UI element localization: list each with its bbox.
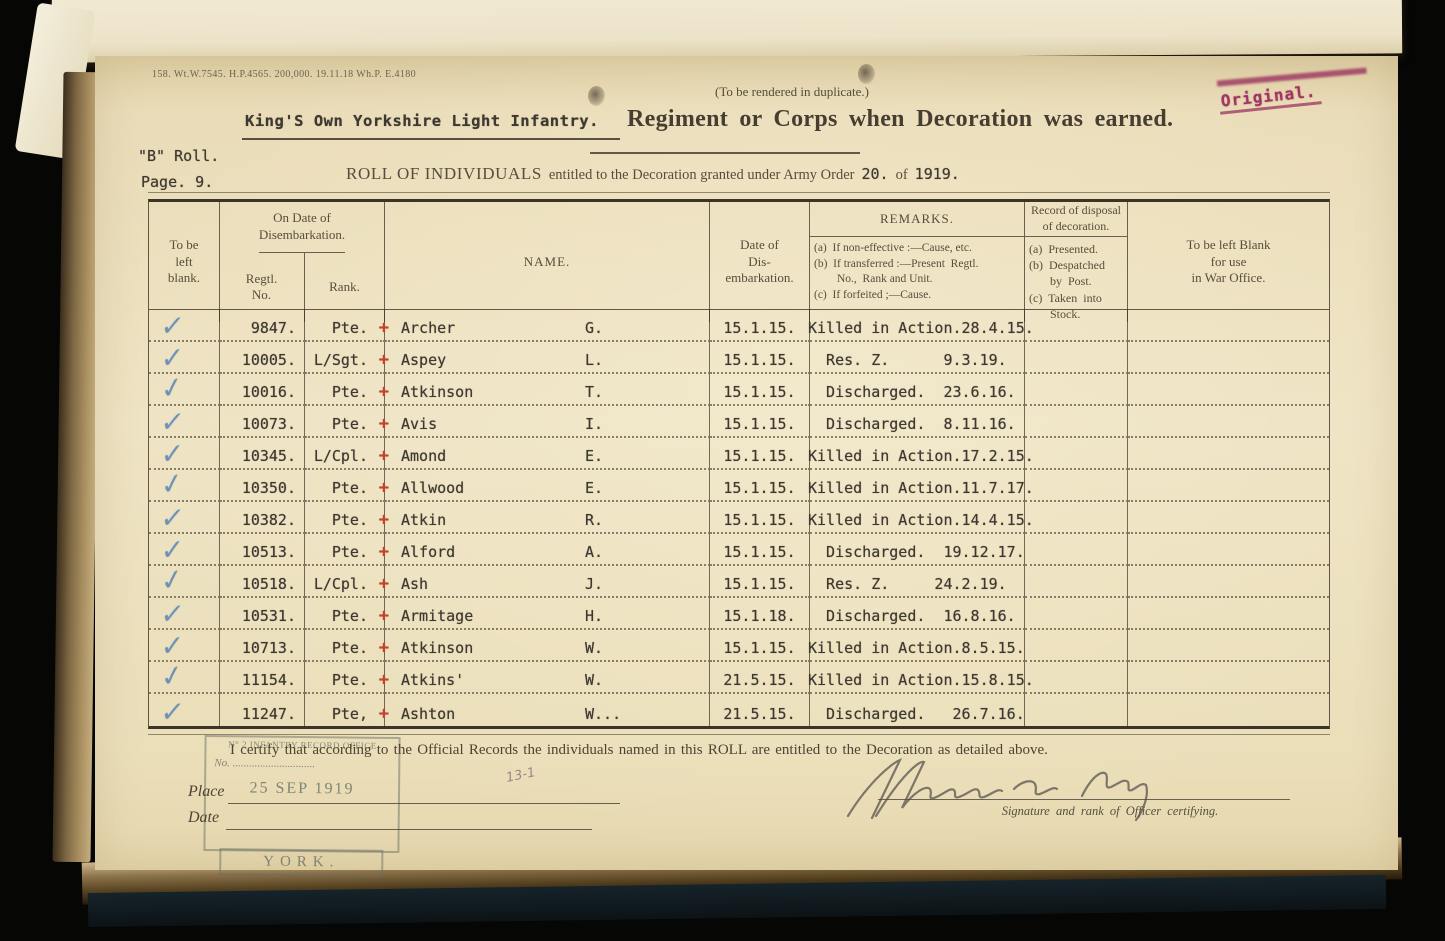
remarks: Discharged. 23.6.16. <box>808 383 1016 401</box>
remarks: Killed in Action.28.4.15. <box>808 319 1034 337</box>
name-cell: AtkinsonT. <box>385 374 710 406</box>
left-blank-cell: ✓ <box>149 662 220 694</box>
regtl-no: 10518. <box>242 575 296 593</box>
war-office-cell <box>1128 470 1329 502</box>
rank-cell: Pte.+ <box>305 502 385 534</box>
date-cell: 15.1.18. <box>710 598 810 630</box>
red-cross-mark: + <box>379 638 389 658</box>
remarks-cell: Res. Z. 9.3.19. <box>810 342 1025 374</box>
remarks-cell: Killed in Action.14.4.15. <box>810 502 1025 534</box>
rank: Pte. <box>332 319 368 337</box>
roll-table: To be left blank. On Date of Disembarkat… <box>148 199 1330 729</box>
rank: Pte. <box>332 511 368 529</box>
war-office-cell <box>1128 630 1329 662</box>
regtl-no-cell: 10016. <box>220 374 305 406</box>
war-office-cell <box>1128 534 1329 566</box>
red-cross-mark: + <box>379 446 389 466</box>
roll-label: "B" Roll. <box>138 147 219 165</box>
name-cell: ArmitageH. <box>385 598 710 630</box>
army-order-year: 1919. <box>915 165 960 183</box>
col-header-remarks-group: REMARKS. (a) If non-effective :—Cause, e… <box>810 202 1025 322</box>
stamp-place: YORK. <box>219 848 383 877</box>
original-stamp: Original. <box>1217 66 1369 111</box>
table-row: ✓ 10531. Pte.+ ArmitageH. 15.1.18. Disch… <box>149 598 1329 630</box>
rank: Pte. <box>332 607 368 625</box>
regtl-no-cell: 10518. <box>220 566 305 598</box>
regtl-no: 10382. <box>242 511 296 529</box>
document-page: 158. Wt.W.7545. H.P.4565. 200,000. 19.11… <box>95 56 1398 870</box>
name-cell: AshJ. <box>385 566 710 598</box>
signature-caption: Signature and rank of Officer certifying… <box>910 804 1310 819</box>
table-row: ✓ 10518. L/Cpl.+ AshJ. 15.1.15. Res. Z. … <box>149 566 1329 598</box>
disposal-cell <box>1025 310 1128 342</box>
disposal-cell <box>1025 694 1128 726</box>
name-cell: AtkinsonW. <box>385 630 710 662</box>
surname: Archer <box>401 319 455 337</box>
war-office-cell <box>1128 374 1329 406</box>
col-header-disposal-group: Record of disposal of decoration. (a) Pr… <box>1025 202 1128 322</box>
date-of-disembarkation: 21.5.15. <box>723 705 795 723</box>
table-row: ✓ 10350. Pte.+ AllwoodE. 15.1.15. Killed… <box>149 470 1329 502</box>
left-blank-cell: ✓ <box>149 342 220 374</box>
table-header: To be left blank. On Date of Disembarkat… <box>149 202 1329 310</box>
left-blank-cell: ✓ <box>149 438 220 470</box>
surname: Atkin <box>401 511 446 529</box>
regtl-no: 9847. <box>251 319 296 337</box>
checkmark-tick: ✓ <box>159 502 186 535</box>
left-blank-cell: ✓ <box>149 630 220 662</box>
roll-of-individuals-line: ROLL OF INDIVIDUALS entitled to the Deco… <box>346 164 960 184</box>
checkmark-tick: ✓ <box>159 658 185 694</box>
col-header-date-disembarkation: Date of Dis- embarkation. <box>710 202 810 322</box>
table-row: ✓ 10005. L/Sgt.+ AspeyL. 15.1.15. Res. Z… <box>149 342 1329 374</box>
rank-cell: L/Sgt.+ <box>305 342 385 374</box>
surname: Atkinson <box>401 639 473 657</box>
surname: Aspey <box>401 351 446 369</box>
regtl-no-cell: 9847. <box>220 310 305 342</box>
regtl-no-cell: 10073. <box>220 406 305 438</box>
remarks: Discharged. 16.8.16. <box>808 607 1016 625</box>
rank-cell: Pte.+ <box>305 662 385 694</box>
surname: Atkins' <box>401 671 464 689</box>
rank-cell: Pte.+ <box>305 630 385 662</box>
initial: E. <box>585 479 603 497</box>
rank: Pte. <box>332 479 368 497</box>
regiment-name-typed: King'S Own Yorkshire Light Infantry. <box>245 112 599 130</box>
table-row: ✓ 10016. Pte.+ AtkinsonT. 15.1.15. Disch… <box>149 374 1329 406</box>
initial: L. <box>585 351 603 369</box>
pencil-annotation: 13-1 <box>505 765 537 786</box>
date-of-disembarkation: 15.1.15. <box>723 575 795 593</box>
rank-cell: Pte.+ <box>305 406 385 438</box>
disposal-cell <box>1025 342 1128 374</box>
left-blank-cell: ✓ <box>149 502 220 534</box>
date-of-disembarkation: 15.1.18. <box>723 607 795 625</box>
war-office-cell <box>1128 502 1329 534</box>
initial: G. <box>585 319 603 337</box>
disposal-cell <box>1025 438 1128 470</box>
rank-cell: Pte.+ <box>305 374 385 406</box>
rank-cell: Pte.+ <box>305 534 385 566</box>
table-row: ✓ 10382. Pte.+ AtkinR. 15.1.15. Killed i… <box>149 502 1329 534</box>
war-office-cell <box>1128 598 1329 630</box>
remarks: Killed in Action.8.5.15. <box>808 639 1025 657</box>
disposal-cell <box>1025 470 1128 502</box>
disposal-cell <box>1025 598 1128 630</box>
date-cell: 15.1.15. <box>710 470 810 502</box>
rank-cell: Pte.+ <box>305 598 385 630</box>
date-of-disembarkation: 21.5.15. <box>723 671 795 689</box>
regtl-no: 10016. <box>242 383 296 401</box>
date-cell: 21.5.15. <box>710 694 810 726</box>
name-cell: AllwoodE. <box>385 470 710 502</box>
left-blank-cell: ✓ <box>149 374 220 406</box>
war-office-cell <box>1128 310 1329 342</box>
name-cell: AtkinR. <box>385 502 710 534</box>
red-cross-mark: + <box>379 414 389 434</box>
regtl-no-cell: 10350. <box>220 470 305 502</box>
date-blank-line <box>226 829 592 830</box>
regtl-no: 10531. <box>242 607 296 625</box>
date-of-disembarkation: 15.1.15. <box>723 383 795 401</box>
rank: Pte. <box>332 383 368 401</box>
remarks-cell: Killed in Action.8.5.15. <box>810 630 1025 662</box>
remarks-cell: Discharged. 16.8.16. <box>810 598 1025 630</box>
date-cell: 15.1.15. <box>710 310 810 342</box>
signature-line <box>878 799 1290 800</box>
remarks: Discharged. 19.12.17. <box>808 543 1025 561</box>
name-cell: AvisI. <box>385 406 710 438</box>
rank-cell: L/Cpl.+ <box>305 438 385 470</box>
initial: T. <box>585 383 603 401</box>
table-row: ✓ 10513. Pte.+ AlfordA. 15.1.15. Dischar… <box>149 534 1329 566</box>
date-of-disembarkation: 15.1.15. <box>723 447 795 465</box>
red-cross-mark: + <box>379 670 389 690</box>
remarks-cell: Killed in Action.28.4.15. <box>810 310 1025 342</box>
table-row: ✓ 11154. Pte.+ Atkins'W. 21.5.15. Killed… <box>149 662 1329 694</box>
remarks: Discharged. 8.11.16. <box>808 415 1016 433</box>
initial: J. <box>585 575 603 593</box>
initial: I. <box>585 415 603 433</box>
regtl-no-cell: 10713. <box>220 630 305 662</box>
red-cross-mark: + <box>379 704 389 724</box>
name-cell: Atkins'W. <box>385 662 710 694</box>
checkmark-tick: ✓ <box>159 310 186 343</box>
war-office-cell <box>1128 342 1329 374</box>
remarks-cell: Killed in Action.17.2.15. <box>810 438 1025 470</box>
table-row: ✓ 10345. L/Cpl.+ AmondE. 15.1.15. Killed… <box>149 438 1329 470</box>
disposal-cell <box>1025 502 1128 534</box>
remarks-cell: Discharged. 26.7.16. <box>810 694 1025 726</box>
rank: Pte. <box>332 671 368 689</box>
date-cell: 15.1.15. <box>710 374 810 406</box>
surname: Ash <box>401 575 428 593</box>
army-order-number: 20. <box>861 165 888 183</box>
regtl-no-cell: 11154. <box>220 662 305 694</box>
remarks: Killed in Action.17.2.15. <box>808 447 1034 465</box>
photograph-of-record-book: { "colors":{ "paper":"#eee3c3","ink_type… <box>0 0 1445 941</box>
place-label: Place <box>188 783 224 801</box>
date-cell: 21.5.15. <box>710 662 810 694</box>
name-cell: AlfordA. <box>385 534 710 566</box>
col-header-disposal: Record of disposal of decoration. <box>1025 202 1127 237</box>
date-of-disembarkation: 15.1.15. <box>723 543 795 561</box>
regtl-no: 10513. <box>242 543 296 561</box>
left-blank-cell: ✓ <box>149 470 220 502</box>
name-cell: AspeyL. <box>385 342 710 374</box>
war-office-cell <box>1128 662 1329 694</box>
remarks-cell: Killed in Action.15.8.15. <box>810 662 1025 694</box>
col-header-name: NAME. <box>385 202 710 322</box>
red-cross-mark: + <box>379 510 389 530</box>
rank: Pte, <box>332 705 368 723</box>
surname: Ashton <box>401 705 455 723</box>
red-cross-mark: + <box>379 478 389 498</box>
duplicate-note: (To be rendered in duplicate.) <box>715 84 869 100</box>
surname: Allwood <box>401 479 464 497</box>
date-of-disembarkation: 15.1.15. <box>723 351 795 369</box>
rank-cell: L/Cpl.+ <box>305 566 385 598</box>
checkmark-tick: ✓ <box>159 406 186 439</box>
red-cross-mark: + <box>379 606 389 626</box>
rank: Pte. <box>332 415 368 433</box>
col-header-left-blank: To be left blank. <box>149 202 220 322</box>
regiment-underline <box>242 138 620 140</box>
initial: W. <box>585 671 603 689</box>
regtl-no-cell: 10513. <box>220 534 305 566</box>
name-cell: ArcherG. <box>385 310 710 342</box>
punch-hole <box>858 64 875 84</box>
remarks: Res. Z. 9.3.19. <box>808 351 1007 369</box>
initial: E. <box>585 447 603 465</box>
col-header-remarks: REMARKS. <box>810 202 1024 237</box>
roll-line-caps: ROLL OF INDIVIDUALS <box>346 164 542 184</box>
disposal-cell <box>1025 630 1128 662</box>
page-above-edge <box>52 0 1402 63</box>
disposal-cell <box>1025 374 1128 406</box>
disposal-cell <box>1025 566 1128 598</box>
stamp-date: 25 SEP 1919 <box>206 779 398 799</box>
date-cell: 15.1.15. <box>710 438 810 470</box>
remarks-cell: Discharged. 19.12.17. <box>810 534 1025 566</box>
roll-line-of: of <box>896 167 908 184</box>
date-cell: 15.1.15. <box>710 502 810 534</box>
date-label: Date <box>188 809 219 827</box>
regtl-no-cell: 10005. <box>220 342 305 374</box>
rank: Pte. <box>332 639 368 657</box>
rank-cell: Pte.+ <box>305 470 385 502</box>
surname: Avis <box>401 415 437 433</box>
table-row: ✓ 10073. Pte.+ AvisI. 15.1.15. Discharge… <box>149 406 1329 438</box>
remarks: Discharged. 26.7.16. <box>808 705 1025 723</box>
checkmark-tick: ✓ <box>159 696 186 729</box>
surname: Amond <box>401 447 446 465</box>
date-cell: 15.1.15. <box>710 534 810 566</box>
col-header-on-date: On Date of Disembarkation. <box>259 202 345 253</box>
punch-hole <box>588 86 605 106</box>
initial: R. <box>585 511 603 529</box>
remarks-cell: Discharged. 23.6.16. <box>810 374 1025 406</box>
surname: Atkinson <box>401 383 473 401</box>
left-blank-cell: ✓ <box>149 694 220 726</box>
form-print-code: 158. Wt.W.7545. H.P.4565. 200,000. 19.11… <box>152 69 416 80</box>
date-of-disembarkation: 15.1.15. <box>723 319 795 337</box>
rank: L/Cpl. <box>314 575 368 593</box>
title-rule <box>590 152 860 154</box>
col-header-war-office: To be left Blank for use in War Office. <box>1128 202 1329 322</box>
regtl-no: 10713. <box>242 639 296 657</box>
checkmark-tick: ✓ <box>159 562 185 598</box>
war-office-cell <box>1128 406 1329 438</box>
left-blank-cell: ✓ <box>149 310 220 342</box>
regtl-no-cell: 10382. <box>220 502 305 534</box>
left-blank-cell: ✓ <box>149 566 220 598</box>
table-row: ✓ 9847. Pte.+ ArcherG. 15.1.15. Killed i… <box>149 310 1329 342</box>
regtl-no-cell: 10531. <box>220 598 305 630</box>
col-header-on-date-group: On Date of Disembarkation. Regtl. No. Ra… <box>220 202 385 322</box>
table-bottom-thin-rule <box>148 734 1330 735</box>
remarks-cell: Res. Z. 24.2.19. <box>810 566 1025 598</box>
remarks: Killed in Action.15.8.15. <box>808 671 1034 689</box>
disposal-cell <box>1025 534 1128 566</box>
date-of-disembarkation: 15.1.15. <box>723 639 795 657</box>
checkmark-tick: ✓ <box>159 598 186 631</box>
rank-cell: Pte.+ <box>305 310 385 342</box>
disposal-cell <box>1025 662 1128 694</box>
table-row: ✓ 11247. Pte,+ AshtonW... 21.5.15. Disch… <box>149 694 1329 726</box>
initial: H. <box>585 607 603 625</box>
red-cross-mark: + <box>379 542 389 562</box>
remarks-cell: Killed in Action.11.7.17. <box>810 470 1025 502</box>
form-title: Regiment or Corps when Decoration was ea… <box>627 106 1173 133</box>
regtl-no: 10345. <box>242 447 296 465</box>
stamp-no-line: No. .............................. <box>206 757 398 771</box>
regtl-no: 11154. <box>242 671 296 689</box>
table-top-thin-rule <box>148 192 1330 193</box>
checkmark-tick: ✓ <box>159 370 185 406</box>
date-cell: 15.1.15. <box>710 566 810 598</box>
date-cell: 15.1.15. <box>710 342 810 374</box>
rank-cell: Pte,+ <box>305 694 385 726</box>
red-cross-mark: + <box>379 318 389 338</box>
roll-line-text: entitled to the Decoration granted under… <box>549 167 855 184</box>
initial: W. <box>585 639 603 657</box>
page-number-label: Page. 9. <box>141 173 213 191</box>
surname: Armitage <box>401 607 473 625</box>
left-blank-cell: ✓ <box>149 598 220 630</box>
war-office-cell <box>1128 566 1329 598</box>
date-cell: 15.1.15. <box>710 630 810 662</box>
left-blank-cell: ✓ <box>149 534 220 566</box>
left-blank-cell: ✓ <box>149 406 220 438</box>
regtl-no: 10350. <box>242 479 296 497</box>
disposal-cell <box>1025 406 1128 438</box>
rank: L/Sgt. <box>314 351 368 369</box>
regtl-no-cell: 11247. <box>220 694 305 726</box>
certification-text: I certify that according to the Official… <box>230 742 1290 759</box>
red-cross-mark: + <box>379 574 389 594</box>
war-office-cell <box>1128 438 1329 470</box>
checkmark-tick: ✓ <box>159 466 185 502</box>
date-cell: 15.1.15. <box>710 406 810 438</box>
table-body: ✓ 9847. Pte.+ ArcherG. 15.1.15. Killed i… <box>149 310 1329 726</box>
name-cell: AmondE. <box>385 438 710 470</box>
name-cell: AshtonW... <box>385 694 710 726</box>
remarks: Killed in Action.11.7.17. <box>808 479 1034 497</box>
regtl-no: 10073. <box>242 415 296 433</box>
regtl-no-cell: 10345. <box>220 438 305 470</box>
regtl-no: 11247. <box>242 705 296 723</box>
date-of-disembarkation: 15.1.15. <box>723 511 795 529</box>
surname: Alford <box>401 543 455 561</box>
remarks-cell: Discharged. 8.11.16. <box>810 406 1025 438</box>
remarks: Killed in Action.14.4.15. <box>808 511 1034 529</box>
initial: A. <box>585 543 603 561</box>
date-of-disembarkation: 15.1.15. <box>723 479 795 497</box>
rank: L/Cpl. <box>314 447 368 465</box>
date-of-disembarkation: 15.1.15. <box>723 415 795 433</box>
regtl-no: 10005. <box>242 351 296 369</box>
war-office-cell <box>1128 694 1329 726</box>
initial: W... <box>585 705 621 723</box>
rank: Pte. <box>332 543 368 561</box>
table-row: ✓ 10713. Pte.+ AtkinsonW. 15.1.15. Kille… <box>149 630 1329 662</box>
place-blank-line <box>228 803 620 804</box>
remarks: Res. Z. 24.2.19. <box>808 575 1007 593</box>
red-cross-mark: + <box>379 382 389 402</box>
red-cross-mark: + <box>379 350 389 370</box>
